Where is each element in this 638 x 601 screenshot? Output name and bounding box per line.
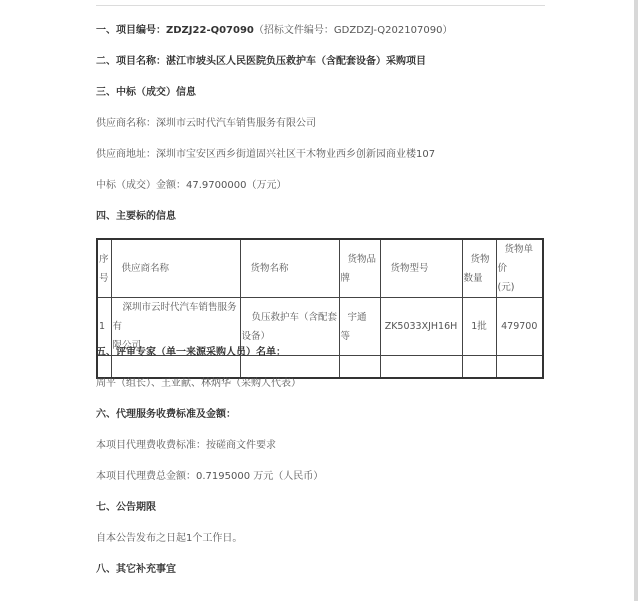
other-matters-heading: 八、其它补充事宜 [96, 563, 176, 577]
award-info-heading: 三、中标（成交）信息 [96, 86, 196, 100]
supplier-address: 供应商地址：深圳市宝安区西乡街道固兴社区干木物业西乡创新园商业楼107 [96, 148, 435, 162]
header-qty: 货物数量 [462, 239, 496, 298]
notice-period-text: 自本公告发布之日起1个工作日。 [96, 532, 242, 546]
agency-fee-standard: 本项目代理费收费标准：按磋商文件要求 [96, 439, 276, 453]
header-price: 货物单价(元) [496, 239, 543, 298]
subject-info-heading: 四、主要标的信息 [96, 210, 176, 224]
project-number-line: 一、项目编号：ZDZJ22-Q07090（招标文件编号：GDZDZJ-Q2021… [96, 24, 452, 38]
cell-model: ZK5033XJH16H [380, 298, 462, 356]
experts-list: 周平（组长）、王亚献、林炳华（采购人代表） [96, 377, 301, 391]
project-name-heading: 二、项目名称：湛江市坡头区人民医院负压救护车（含配套设备）采购项目 [96, 55, 426, 69]
agency-fee-total: 本项目代理费总金额：0.7195000 万元（人民币） [96, 470, 323, 484]
header-supplier: 供应商名称 [111, 239, 240, 298]
award-amount: 中标（成交）金额：47.9700000（万元） [96, 179, 286, 193]
header-seq: 序号 [97, 239, 111, 298]
supplier-name: 供应商名称：深圳市云时代汽车销售服务有限公司 [96, 117, 316, 131]
cell-price: 479700 [496, 298, 543, 356]
header-goods-name: 货物名称 [240, 239, 339, 298]
notice-period-heading: 七、公告期限 [96, 501, 156, 515]
top-divider [96, 5, 545, 6]
agency-fee-heading: 六、代理服务收费标准及金额： [96, 408, 236, 422]
project-number-heading: 一、项目编号：ZDZJ22-Q07090 [96, 25, 254, 36]
cell-brand: 宇通等 [339, 298, 380, 356]
header-model: 货物型号 [380, 239, 462, 298]
experts-heading: 五、评审专家（单一来源采购人员）名单： [96, 346, 286, 360]
vertical-scrollbar[interactable] [634, 0, 638, 601]
cell-qty: 1批 [462, 298, 496, 356]
tender-doc-number: （招标文件编号：GDZDZJ-Q202107090） [254, 25, 453, 36]
table-header-row: 序号 供应商名称 货物名称 货物品牌 货物型号 货物数量 货物单价(元) [97, 239, 543, 298]
header-brand: 货物品牌 [339, 239, 380, 298]
